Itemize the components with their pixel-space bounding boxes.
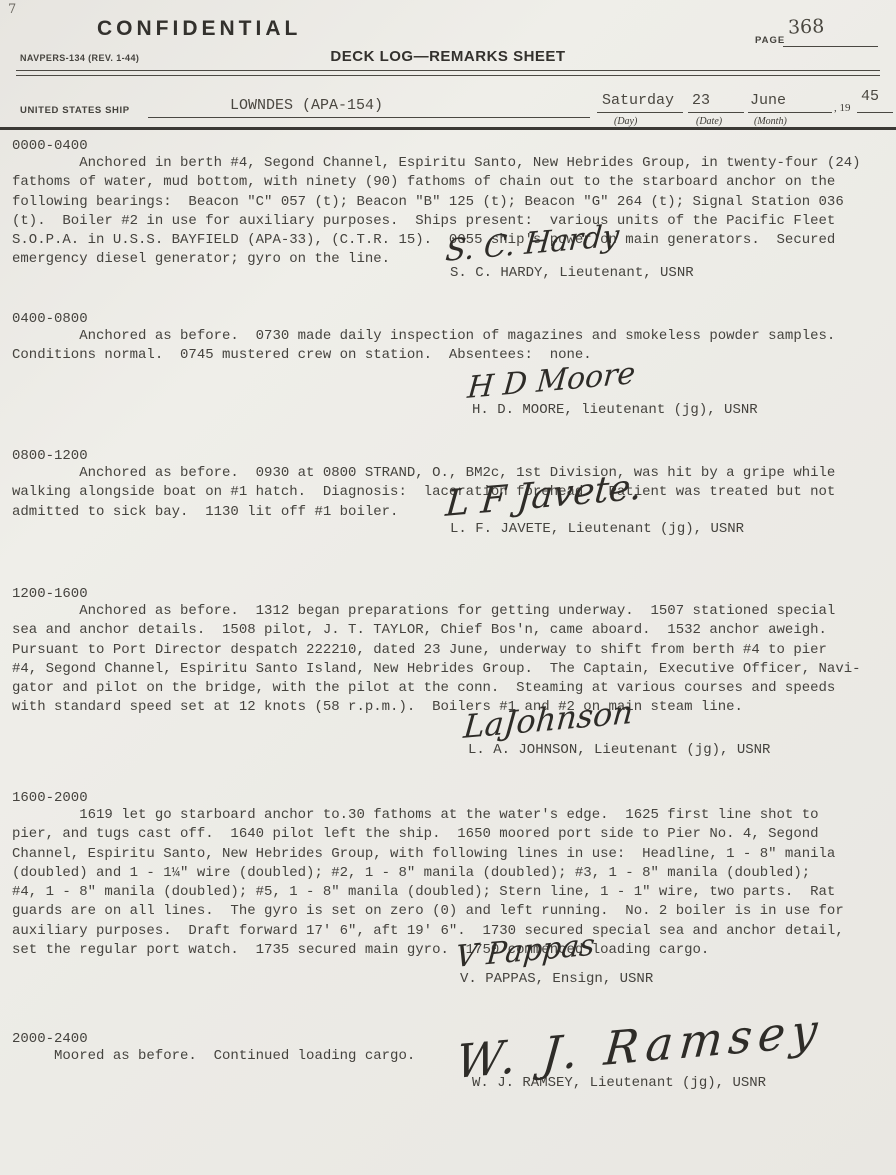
- entry-time-range: 1200-1600: [12, 586, 886, 602]
- log-line: pier, and tugs cast off. 1640 pilot left…: [12, 825, 886, 844]
- deck-log-page: { "header": { "corner_mark": "7", "class…: [0, 0, 896, 1175]
- signature-typed-name: H. D. MOORE, lieutenant (jg), USNR: [472, 402, 758, 418]
- date-field-line: [688, 112, 744, 113]
- date-year-value: 45: [861, 88, 879, 105]
- day-field-line: [597, 112, 683, 113]
- header-thick-rule: [0, 127, 896, 130]
- entry-time-range: 1600-2000: [12, 790, 886, 806]
- page-number: 368: [788, 15, 825, 38]
- log-entry: 1600-2000 1619 let go starboard anchor t…: [12, 790, 886, 960]
- date-date-value: 23: [692, 92, 710, 109]
- entry-time-range: 0800-1200: [12, 448, 886, 464]
- log-line: (t). Boiler #2 in use for auxiliary purp…: [12, 212, 886, 231]
- signature-typed-name: L. A. JOHNSON, Lieutenant (jg), USNR: [468, 742, 770, 758]
- year-field-line: [857, 112, 893, 113]
- log-entry: 1200-1600 Anchored as before. 1312 began…: [12, 586, 886, 718]
- signature-block: S. C. Hardy S. C. HARDY, Lieutenant, USN…: [430, 234, 694, 281]
- signature-block: V Pappas V. PAPPAS, Ensign, USNR: [440, 940, 653, 987]
- log-line: Anchored as before. 0930 at 0800 STRAND,…: [12, 464, 886, 483]
- date-day-value: Saturday: [602, 92, 674, 109]
- sheet-title: DECK LOG—REMARKS SHEET: [0, 48, 896, 65]
- date-field-label: (Date): [696, 116, 722, 127]
- signature-typed-name: V. PAPPAS, Ensign, USNR: [460, 971, 653, 987]
- signature-block: W. J. Ramsey W. J. RAMSEY, Lieutenant (j…: [440, 1035, 822, 1091]
- day-field-label: (Day): [614, 116, 637, 127]
- year-prefix: , 19: [834, 102, 851, 114]
- log-line: Pursuant to Port Director despatch 22221…: [12, 641, 886, 660]
- entry-text: 1619 let go starboard anchor to.30 fatho…: [12, 806, 886, 960]
- log-line: 1619 let go starboard anchor to.30 fatho…: [12, 806, 886, 825]
- log-entry: 0000-0400 Anchored in berth #4, Segond C…: [12, 138, 886, 270]
- log-line: fathoms of water, mud bottom, with ninet…: [12, 173, 886, 192]
- log-line: Anchored as before. 0730 made daily insp…: [12, 327, 886, 346]
- log-line: (doubled) and 1 - 1¼" wire (doubled); #2…: [12, 864, 886, 883]
- log-line: following bearings: Beacon "C" 057 (t); …: [12, 193, 886, 212]
- log-line: guards are on all lines. The gyro is set…: [12, 902, 886, 921]
- entry-time-range: 0400-0800: [12, 311, 886, 327]
- log-line: #4, Segond Channel, Espiritu Santo Islan…: [12, 660, 886, 679]
- month-field-label: (Month): [754, 116, 787, 127]
- entry-time-range: 0000-0400: [12, 138, 886, 154]
- page-number-line: [783, 46, 878, 47]
- signature-typed-name: L. F. JAVETE, Lieutenant (jg), USNR: [450, 521, 744, 537]
- log-entry: 0800-1200 Anchored as before. 0930 at 08…: [12, 448, 886, 522]
- log-line: Channel, Espiritu Santo, New Hebrides Gr…: [12, 845, 886, 864]
- log-line: sea and anchor details. 1508 pilot, J. T…: [12, 621, 886, 640]
- log-line: auxiliary purposes. Draft forward 17' 6"…: [12, 922, 886, 941]
- date-month-value: June: [750, 92, 786, 109]
- signature-block: H D Moore H. D. MOORE, lieutenant (jg), …: [452, 371, 758, 418]
- header-double-rule: [16, 70, 880, 76]
- log-line: #4, 1 - 8" manila (doubled); #5, 1 - 8" …: [12, 883, 886, 902]
- month-field-line: [748, 112, 832, 113]
- ship-name: LOWNDES (APA-154): [230, 97, 383, 114]
- signature-block: L F Javete. L. F. JAVETE, Lieutenant (jg…: [430, 484, 744, 537]
- corner-pen-mark: 7: [8, 2, 16, 17]
- log-line: Anchored in berth #4, Segond Channel, Es…: [12, 154, 886, 173]
- log-entry: 0400-0800 Anchored as before. 0730 made …: [12, 311, 886, 366]
- log-entry: 2000-2400 Moored as before. Continued lo…: [12, 1031, 886, 1066]
- signature-typed-name: S. C. HARDY, Lieutenant, USNR: [450, 265, 694, 281]
- ship-name-line: [148, 117, 590, 118]
- log-line: Anchored as before. 1312 began preparati…: [12, 602, 886, 621]
- page-label: PAGE: [755, 35, 785, 46]
- ship-label: UNITED STATES SHIP: [20, 105, 130, 116]
- classification-stamp: CONFIDENTIAL: [97, 17, 301, 41]
- signature-block: LaJohnson L. A. JOHNSON, Lieutenant (jg)…: [448, 708, 770, 758]
